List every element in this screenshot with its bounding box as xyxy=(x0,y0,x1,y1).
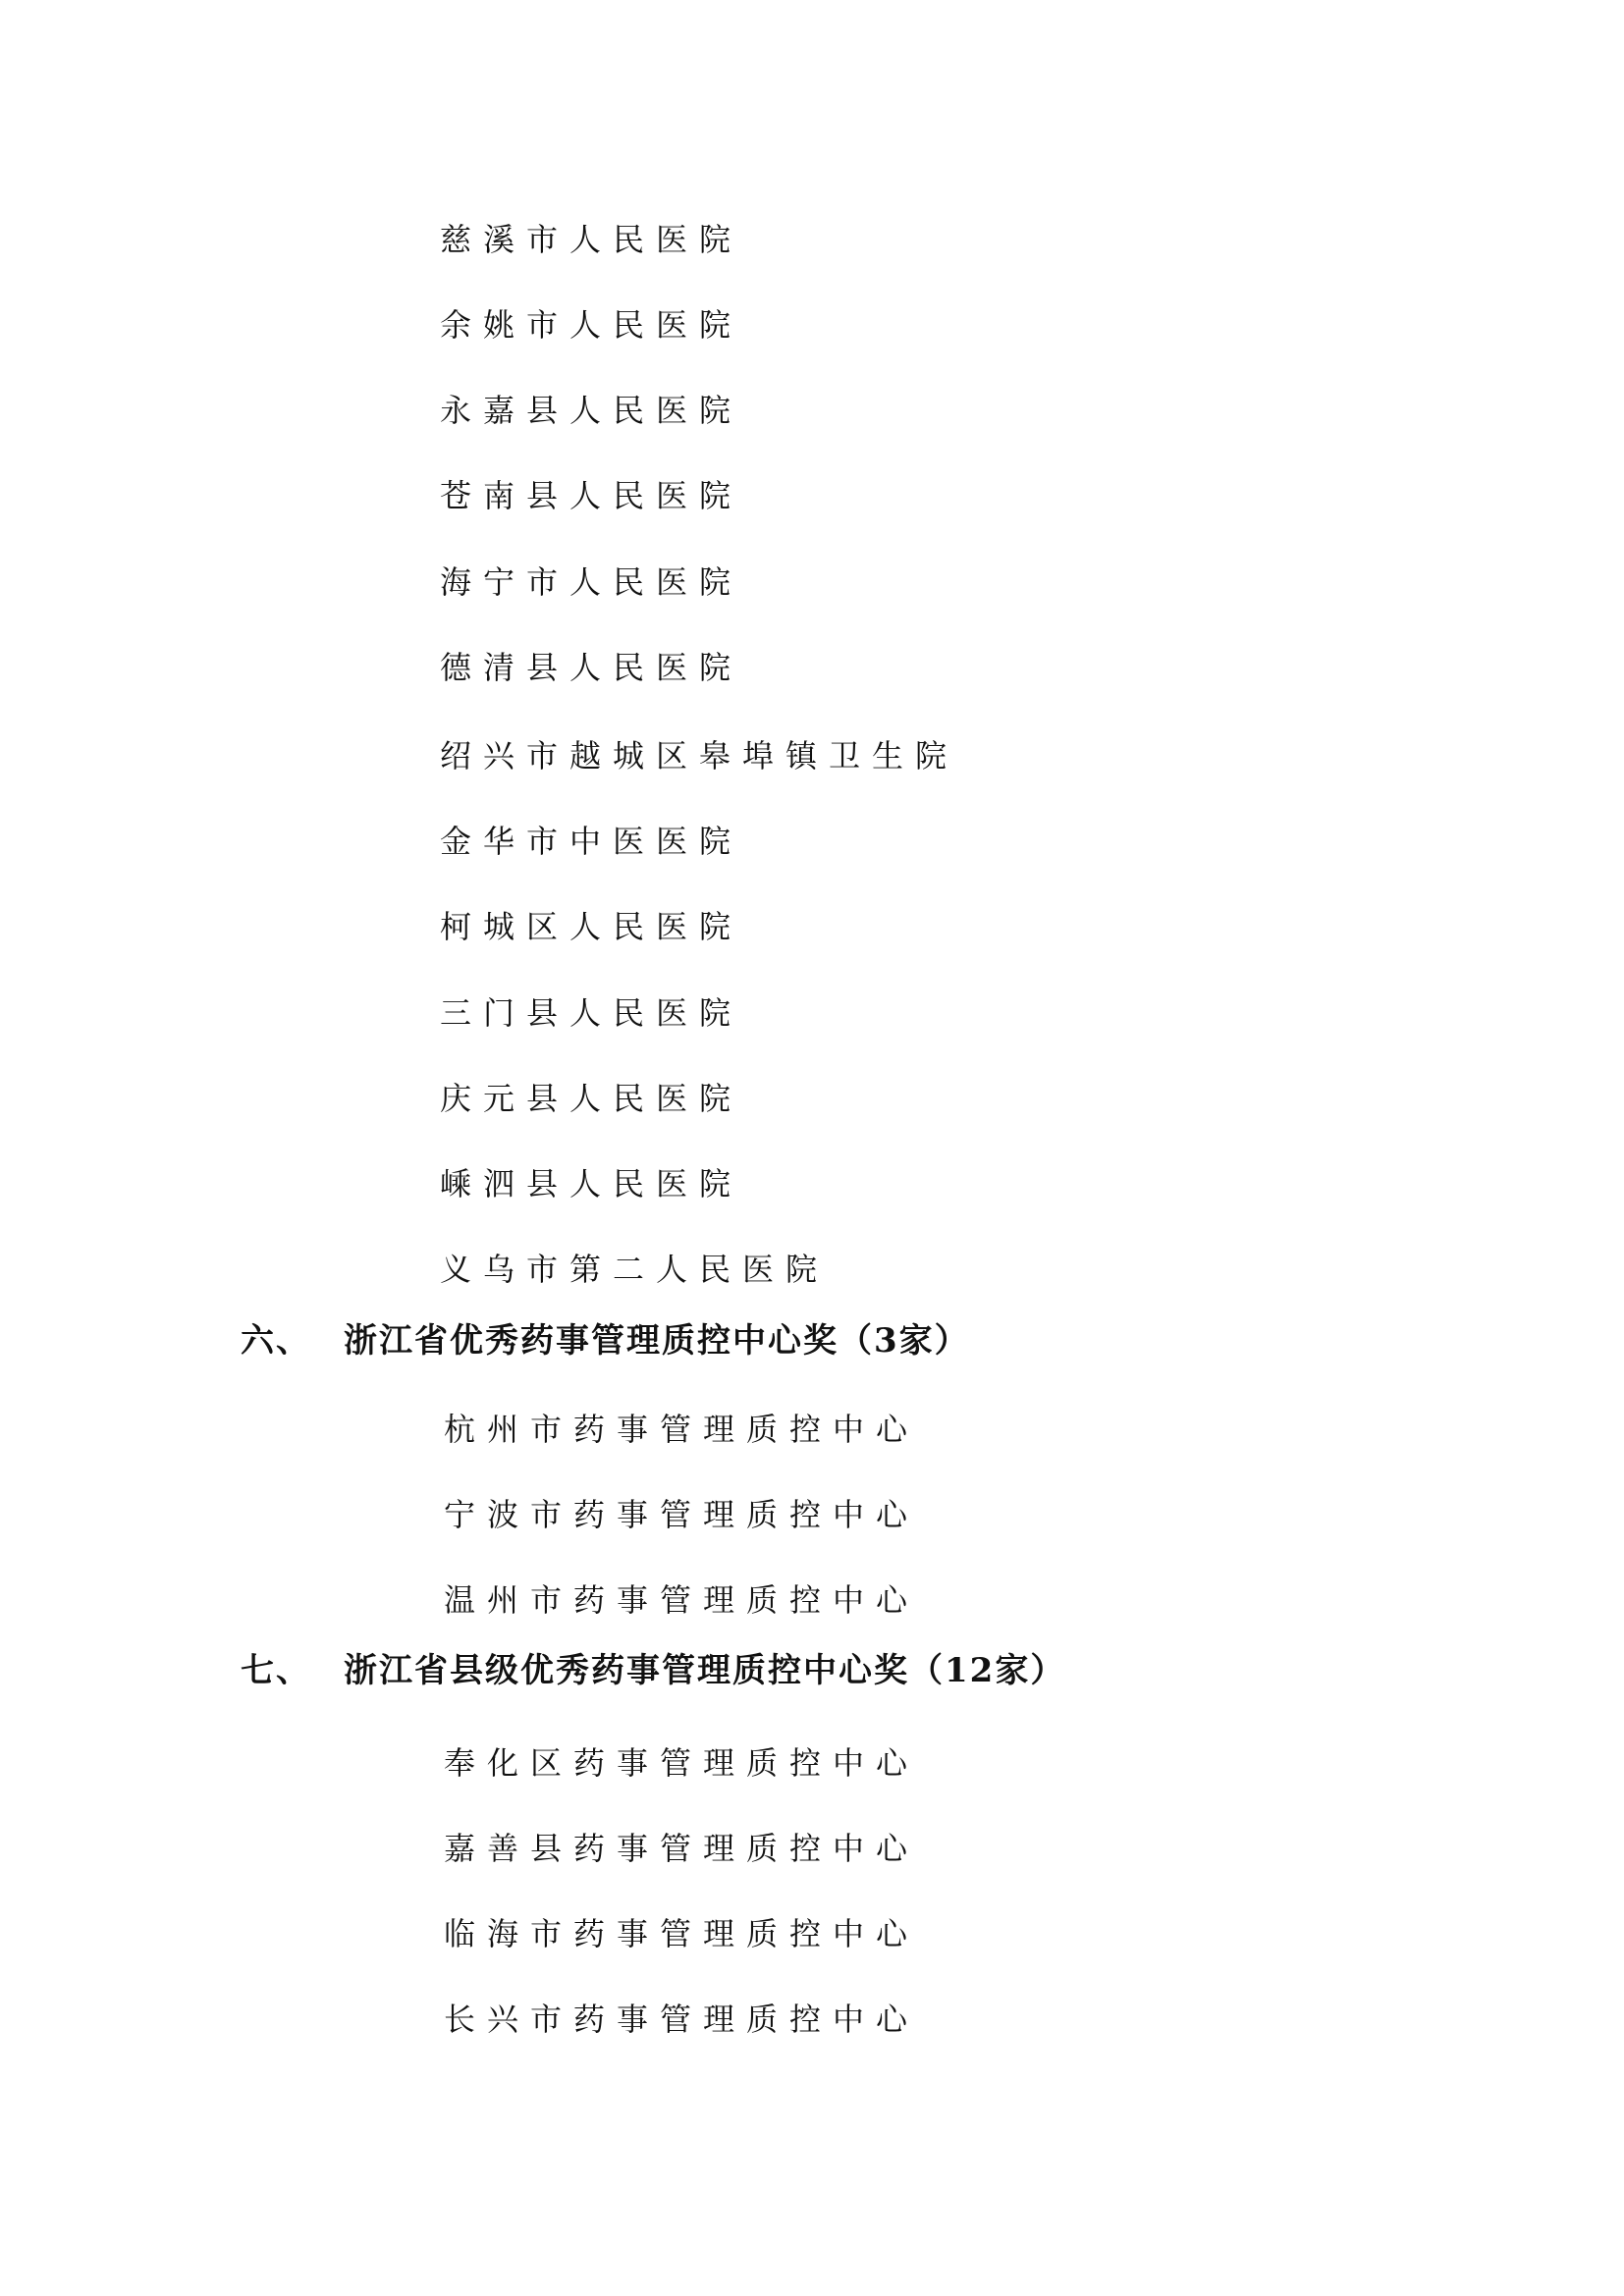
list-item: 义乌市第二人民医院 xyxy=(440,1250,829,1289)
list-item: 永嘉县人民医院 xyxy=(440,391,742,430)
list-item: 绍兴市越城区皋埠镇卫生院 xyxy=(440,736,958,775)
list-item: 海宁市人民医院 xyxy=(440,562,742,602)
list-item: 嵊泗县人民医院 xyxy=(440,1164,742,1203)
list-item: 长兴市药事管理质控中心 xyxy=(444,2000,919,2039)
section-heading: 六、浙江省优秀药事管理质控中心奖（3家） xyxy=(241,1320,970,1362)
list-item: 庆元县人民医院 xyxy=(440,1079,742,1118)
section-title: 浙江省优秀药事管理质控中心奖（3家） xyxy=(344,1321,970,1361)
list-item: 杭州市药事管理质控中心 xyxy=(444,1410,919,1449)
list-item: 柯城区人民医院 xyxy=(440,907,742,946)
list-item: 余姚市人民医院 xyxy=(440,305,742,345)
section-number: 六、 xyxy=(241,1320,344,1362)
section-number: 七、 xyxy=(241,1650,344,1691)
list-item: 宁波市药事管理质控中心 xyxy=(444,1495,919,1534)
list-item: 临海市药事管理质控中心 xyxy=(444,1914,919,1953)
list-item: 金华市中医医院 xyxy=(440,822,742,861)
list-item: 三门县人民医院 xyxy=(440,993,742,1033)
list-item: 苍南县人民医院 xyxy=(440,476,742,515)
list-item: 温州市药事管理质控中心 xyxy=(444,1580,919,1620)
section-heading: 七、浙江省县级优秀药事管理质控中心奖（12家） xyxy=(241,1650,1065,1691)
list-item: 嘉善县药事管理质控中心 xyxy=(444,1829,919,1868)
list-item: 慈溪市人民医院 xyxy=(440,220,742,259)
document-page: 慈溪市人民医院 余姚市人民医院 永嘉县人民医院 苍南县人民医院 海宁市人民医院 … xyxy=(0,0,1624,2296)
section-title: 浙江省县级优秀药事管理质控中心奖（12家） xyxy=(344,1651,1065,1690)
list-item: 德清县人民医院 xyxy=(440,648,742,687)
list-item: 奉化区药事管理质控中心 xyxy=(444,1743,919,1783)
